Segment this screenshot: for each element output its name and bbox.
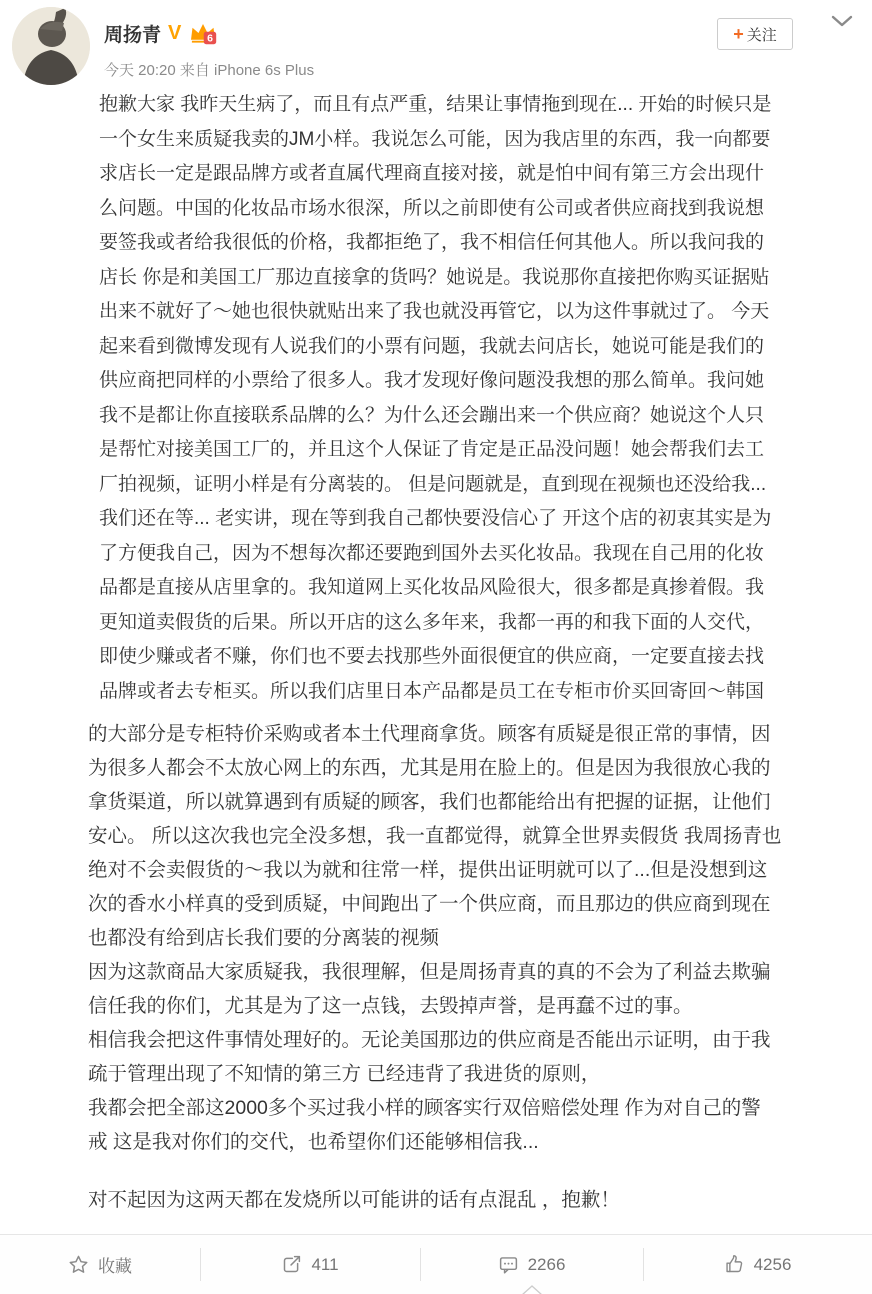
vip-crown-icon: 6 — [188, 21, 218, 45]
post-text-part1: 抱歉大家 我昨天生病了，而且有点严重，结果让事情拖到现在... 开始的时候只是 … — [99, 88, 858, 709]
author-row: 周扬青 V 6 — [104, 20, 218, 46]
post-meta: 今天 20:20 来自 iPhone 6s Plus — [104, 59, 314, 80]
post-text-part2: 的大部分是专柜特价采购或者本土代理商拿货。顾客有质疑是很正常的事情，因 为很多人… — [88, 717, 844, 1159]
star-icon — [68, 1254, 89, 1275]
favorite-button[interactable]: 收藏 — [0, 1235, 200, 1294]
like-button[interactable]: 4256 — [643, 1235, 872, 1294]
avatar-photo — [12, 7, 90, 85]
share-icon — [281, 1254, 302, 1275]
post-text-part3: 对不起因为这两天都在发烧所以可能讲的话有点混乱 ，抱歉！ — [88, 1183, 844, 1217]
like-count: 4256 — [754, 1255, 792, 1275]
favorite-label: 收藏 — [98, 1252, 132, 1277]
username[interactable]: 周扬青 — [104, 20, 161, 47]
follow-button[interactable]: + 关注 — [717, 18, 793, 50]
follow-label: 关注 — [747, 24, 777, 45]
share-button[interactable]: 411 — [200, 1235, 420, 1294]
verified-v-icon: V — [168, 23, 181, 43]
avatar[interactable] — [12, 7, 90, 85]
share-count: 411 — [311, 1255, 338, 1275]
post-body: 抱歉大家 我昨天生病了，而且有点严重，结果让事情拖到现在... 开始的时候只是 … — [0, 88, 872, 1217]
chevron-down-icon[interactable] — [831, 15, 853, 33]
comment-icon — [498, 1254, 519, 1275]
thumbs-up-icon — [724, 1254, 745, 1275]
vip-level-number: 6 — [207, 32, 213, 44]
plus-icon: + — [733, 25, 744, 43]
weibo-post-card: 周扬青 V 6 今天 20:20 来自 iPhone 6s Plus + 关注 … — [0, 0, 872, 1294]
action-bar: 收藏 411 2266 — [0, 1234, 872, 1294]
comment-count: 2266 — [528, 1255, 566, 1275]
comments-caret-icon — [521, 1285, 543, 1294]
comment-button[interactable]: 2266 — [420, 1235, 643, 1294]
